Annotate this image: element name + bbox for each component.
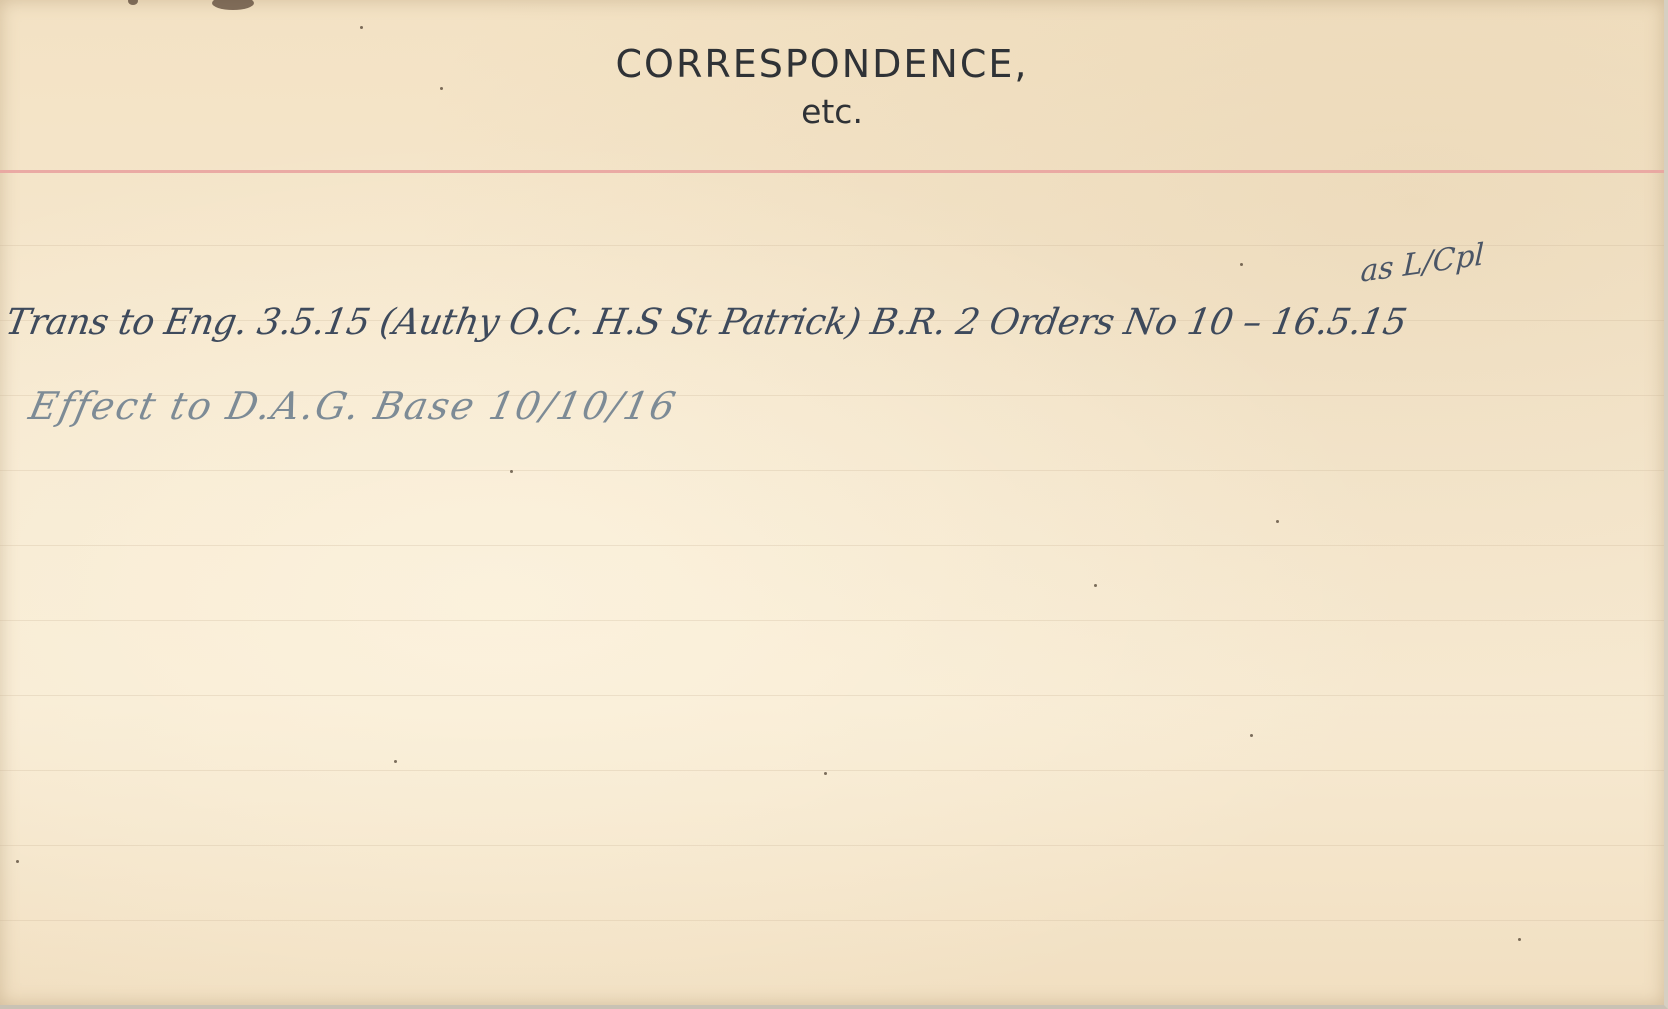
handwritten-entry-1: Trans to Eng. 3.5.15 (Authy O.C. H.S St …: [2, 302, 1409, 343]
ruled-line: [0, 545, 1664, 546]
ruled-line: [0, 695, 1664, 696]
paper-speck: [1094, 584, 1097, 587]
ruled-line: [0, 920, 1664, 921]
ink-blot: [212, 0, 254, 10]
card-heading: CORRESPONDENCE,: [0, 42, 1654, 86]
paper-speck: [510, 470, 513, 473]
paper-speck: [1240, 263, 1243, 266]
paper-speck: [824, 772, 827, 775]
red-header-rule: [0, 170, 1664, 173]
paper-speck: [1276, 520, 1279, 523]
paper-speck: [16, 860, 19, 863]
paper-speck: [440, 87, 443, 90]
ruled-line: [0, 470, 1664, 471]
ink-blot: [128, 0, 138, 5]
paper-speck: [394, 760, 397, 763]
paper-speck: [360, 26, 363, 29]
card-subheading: etc.: [0, 92, 1664, 131]
paper-speck: [1518, 938, 1521, 941]
ruled-line: [0, 770, 1664, 771]
handwritten-entry-2: Effect to D.A.G. Base 10/10/16: [25, 384, 681, 428]
ruled-line: [0, 620, 1664, 621]
record-card: CORRESPONDENCE, etc. Trans to Eng. 3.5.1…: [0, 0, 1668, 1009]
paper-speck: [1250, 734, 1253, 737]
ruled-line: [0, 845, 1664, 846]
